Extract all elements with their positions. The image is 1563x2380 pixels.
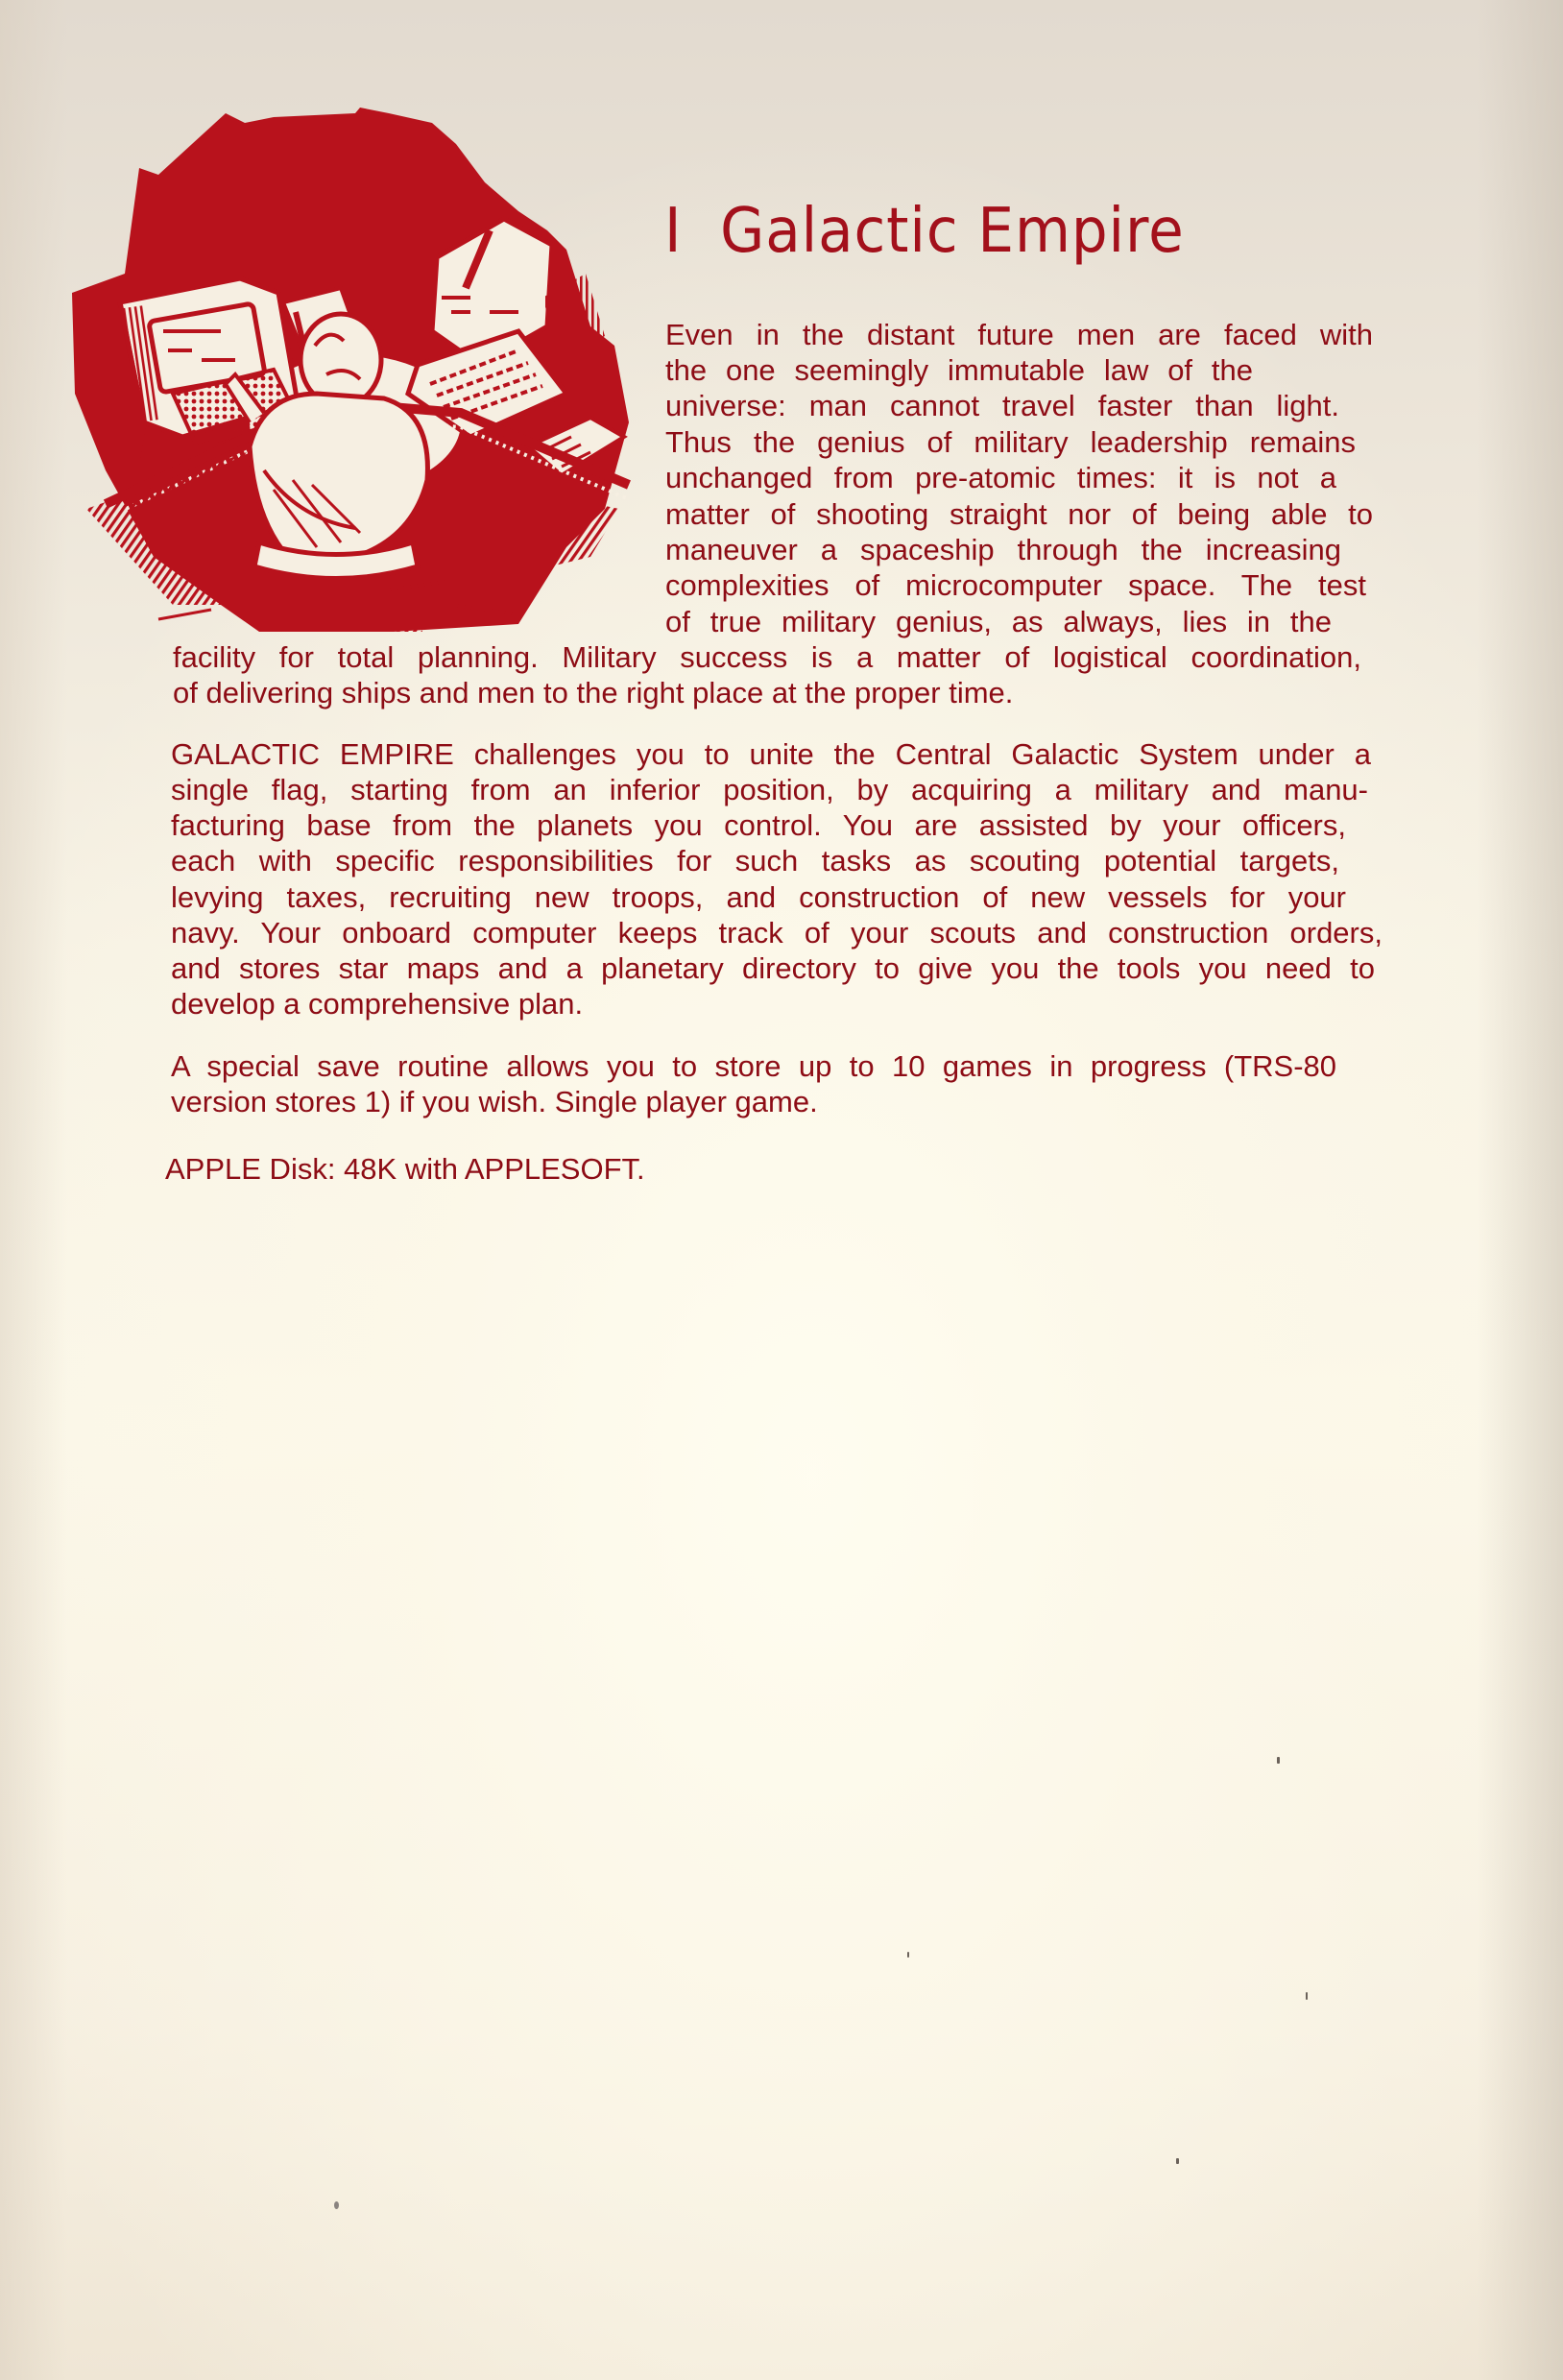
text-line: A special save routine allows you to sto… bbox=[171, 1048, 1336, 1084]
text-line: Even in the distant future men are faced… bbox=[665, 317, 1373, 352]
text-line: Thus the genius of military leadership r… bbox=[665, 424, 1356, 460]
text-line: and stores star maps and a planetary dir… bbox=[171, 950, 1375, 986]
paper-speck bbox=[1176, 2158, 1179, 2164]
text-line: each with specific responsibilities for … bbox=[171, 843, 1339, 878]
text-line: of delivering ships and men to the right… bbox=[173, 675, 1013, 710]
text-line: version stores 1) if you wish. Single pl… bbox=[171, 1084, 818, 1119]
text-line: navy. Your onboard computer keeps track … bbox=[171, 915, 1383, 950]
text-line: matter of shooting straight nor of being… bbox=[665, 496, 1373, 532]
title-text: Galactic Empire bbox=[720, 196, 1184, 267]
paper-speck bbox=[1306, 1992, 1308, 2000]
text-line: GALACTIC EMPIRE challenges you to unite … bbox=[171, 736, 1371, 772]
paper-speck bbox=[907, 1952, 909, 1958]
page-title: I Galactic Empire bbox=[664, 188, 1185, 275]
text-line: unchanged from pre-atomic times: it is n… bbox=[665, 460, 1336, 495]
text-line: APPLE Disk: 48K with APPLESOFT. bbox=[165, 1151, 645, 1187]
text-line: develop a comprehensive plan. bbox=[171, 986, 583, 1022]
title-number: I bbox=[664, 196, 682, 267]
text-line: maneuver a spaceship through the increas… bbox=[665, 532, 1341, 567]
paper-speck bbox=[1277, 1757, 1280, 1764]
computer-operator-illustration bbox=[67, 106, 634, 638]
text-line: complexities of microcomputer space. The… bbox=[665, 567, 1366, 603]
text-line: universe: man cannot travel faster than … bbox=[665, 388, 1339, 423]
text-line: levying taxes, recruiting new troops, an… bbox=[171, 879, 1346, 915]
text-line: of true military genius, as always, lies… bbox=[665, 604, 1332, 639]
text-line: single flag, starting from an inferior p… bbox=[171, 772, 1368, 807]
text-line: the one seemingly immutable law of the bbox=[665, 352, 1253, 388]
paper-speck bbox=[334, 2201, 339, 2209]
text-line: facturing base from the planets you cont… bbox=[171, 807, 1346, 843]
text-line: facility for total planning. Military su… bbox=[173, 639, 1361, 675]
